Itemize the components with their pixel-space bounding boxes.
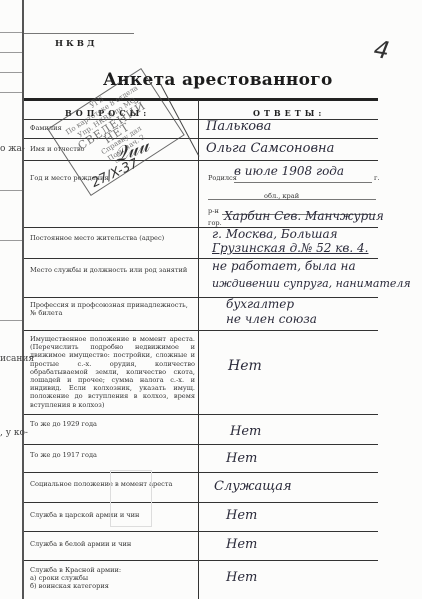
answer-workplace-line2: иждивении супруга, нанимателя xyxy=(212,277,411,290)
answer-tsarist-army: Нет xyxy=(226,508,257,523)
archive-stamp-faint xyxy=(110,470,152,527)
district-label: р-н xyxy=(208,207,219,215)
row-divider xyxy=(24,414,378,415)
region-label: обл., край xyxy=(264,192,299,200)
header-rule xyxy=(24,33,134,34)
binding-margin-line xyxy=(22,0,24,599)
answer-before-1929: Нет xyxy=(230,424,261,439)
margin-tick xyxy=(0,240,22,241)
margin-fragment: исания xyxy=(0,354,34,364)
question-residence: Постоянное место жительства (адрес) xyxy=(30,234,195,242)
born-suffix: г. xyxy=(374,174,380,182)
margin-tick xyxy=(0,92,22,93)
fill-line xyxy=(234,182,372,183)
answer-profession-line1: бухгалтер xyxy=(226,297,294,311)
row-divider xyxy=(24,330,378,331)
answer-residence-line1: г. Москва, Большая xyxy=(212,227,338,241)
org-name: НКВД xyxy=(55,39,98,49)
answer-birth-date: в июле 1908 года xyxy=(234,164,344,178)
answer-before-1917: Нет xyxy=(226,451,257,466)
answer-surname: Палькова xyxy=(206,119,271,134)
city-label: гор. xyxy=(208,219,222,227)
column-header-answers: ОТВЕТЫ: xyxy=(253,108,325,118)
answer-workplace-line1: не работает, была на xyxy=(212,259,356,273)
margin-tick xyxy=(0,190,22,191)
row-divider xyxy=(24,444,378,445)
answer-white-army: Нет xyxy=(226,537,257,552)
question-profession: Профессия и профсоюзная принадлежность, … xyxy=(30,301,195,317)
row-divider xyxy=(24,297,378,298)
answer-profession-line2: не член союза xyxy=(226,312,317,326)
margin-fragment: , у ко- xyxy=(0,428,28,438)
question-property: Имущественное положение в момент ареста.… xyxy=(30,335,195,409)
row-divider xyxy=(24,472,378,473)
question-before-1929: То же до 1929 года xyxy=(30,420,195,428)
margin-tick xyxy=(0,72,22,73)
row-divider xyxy=(24,502,378,503)
row-divider xyxy=(24,531,378,532)
answer-name: Ольга Самсоновна xyxy=(206,141,334,156)
born-label: Родился xyxy=(208,174,237,182)
answer-birth-city: Харбин Сев. Манчжурия xyxy=(224,209,384,223)
answer-red-army: Нет xyxy=(226,570,257,585)
question-workplace: Место службы и должность или род занятий xyxy=(30,266,195,274)
question-white-army: Служба в белой армии и чин xyxy=(30,540,195,548)
answer-residence-line2: Грузинская д.№ 52 кв. 4. xyxy=(212,241,368,255)
answer-property: Нет xyxy=(228,358,262,374)
margin-tick xyxy=(0,320,22,321)
margin-fragment: о жа- xyxy=(0,144,25,154)
margin-tick xyxy=(0,32,22,33)
answer-social-status: Служащая xyxy=(214,479,292,494)
question-before-1917: То же до 1917 года xyxy=(30,451,195,459)
page-number: 4 xyxy=(372,35,392,65)
row-divider xyxy=(24,560,378,561)
margin-tick xyxy=(0,52,22,53)
column-divider xyxy=(198,100,199,599)
table-top-rule xyxy=(24,98,378,101)
question-red-army: Служба в Красной армии: а) сроки службы … xyxy=(30,566,195,591)
